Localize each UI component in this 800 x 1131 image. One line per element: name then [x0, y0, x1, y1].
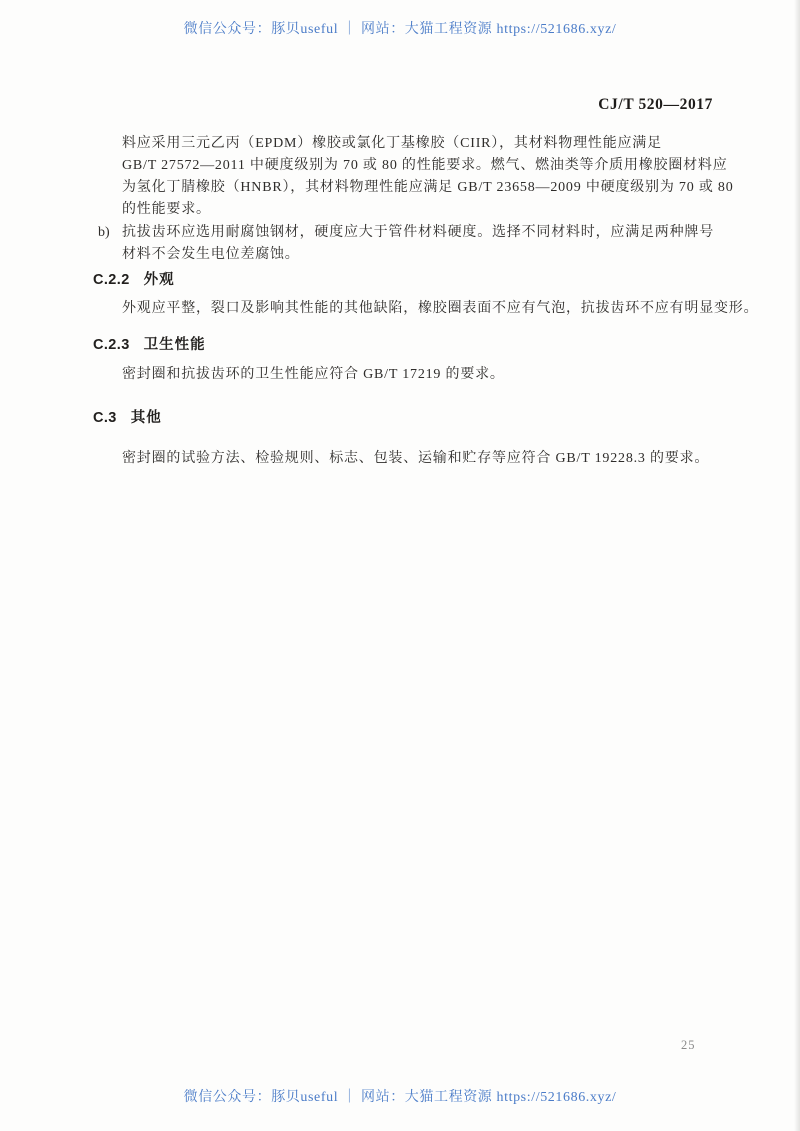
- scan-edge-shadow: [794, 0, 800, 1131]
- section-heading-c3: C.3其他: [93, 408, 162, 428]
- text-line: 为氢化丁腈橡胶（HNBR），其材料物理性能应满足 GB/T 23658—2009…: [122, 177, 734, 199]
- section-number: C.3: [93, 410, 117, 426]
- section-heading-c2-3: C.2.3卫生性能: [93, 335, 206, 355]
- doc-code-header: CJ/T 520—2017: [598, 96, 713, 114]
- section-heading-c2-2: C.2.2外观: [93, 270, 175, 290]
- section-title: 外观: [144, 272, 175, 288]
- list-item-b: b) 抗拔齿环应选用耐腐蚀钢材，硬度应大于管件材料硬度。选择不同材料时，应满足两…: [98, 222, 714, 266]
- text-line: 的性能要求。: [122, 199, 734, 221]
- section-paragraph-c2-2: 外观应平整，裂口及影响其性能的其他缺陷，橡胶圈表面不应有气泡，抗拔齿环不应有明显…: [122, 298, 758, 319]
- text-line: 抗拔齿环应选用耐腐蚀钢材，硬度应大于管件材料硬度。选择不同材料时，应满足两种牌号: [122, 222, 714, 244]
- section-number: C.2.3: [93, 337, 130, 353]
- text-line: 材料不会发生电位差腐蚀。: [122, 244, 714, 266]
- item-a-continuation: 料应采用三元乙丙（EPDM）橡胶或氯化丁基橡胶（CIIR），其材料物理性能应满足…: [122, 133, 734, 221]
- page-number: 25: [681, 1038, 696, 1053]
- list-item-b-text: 抗拔齿环应选用耐腐蚀钢材，硬度应大于管件材料硬度。选择不同材料时，应满足两种牌号…: [122, 222, 714, 266]
- watermark-top: 微信公众号：豚贝useful ｜ 网站：大猫工程资源 https://52168…: [0, 18, 800, 38]
- section-title: 卫生性能: [144, 337, 206, 353]
- section-number: C.2.2: [93, 272, 130, 288]
- section-title: 其他: [131, 410, 162, 426]
- section-paragraph-c3: 密封圈的试验方法、检验规则、标志、包装、运输和贮存等应符合 GB/T 19228…: [122, 448, 709, 469]
- list-item-b-marker: b): [98, 222, 110, 244]
- watermark-bottom: 微信公众号：豚贝useful ｜ 网站：大猫工程资源 https://52168…: [0, 1086, 800, 1106]
- section-paragraph-c2-3: 密封圈和抗拔齿环的卫生性能应符合 GB/T 17219 的要求。: [122, 364, 505, 385]
- document-page: 微信公众号：豚贝useful ｜ 网站：大猫工程资源 https://52168…: [0, 0, 800, 1131]
- text-line: 料应采用三元乙丙（EPDM）橡胶或氯化丁基橡胶（CIIR），其材料物理性能应满足: [122, 133, 734, 155]
- text-line: GB/T 27572—2011 中硬度级别为 70 或 80 的性能要求。燃气、…: [122, 155, 734, 177]
